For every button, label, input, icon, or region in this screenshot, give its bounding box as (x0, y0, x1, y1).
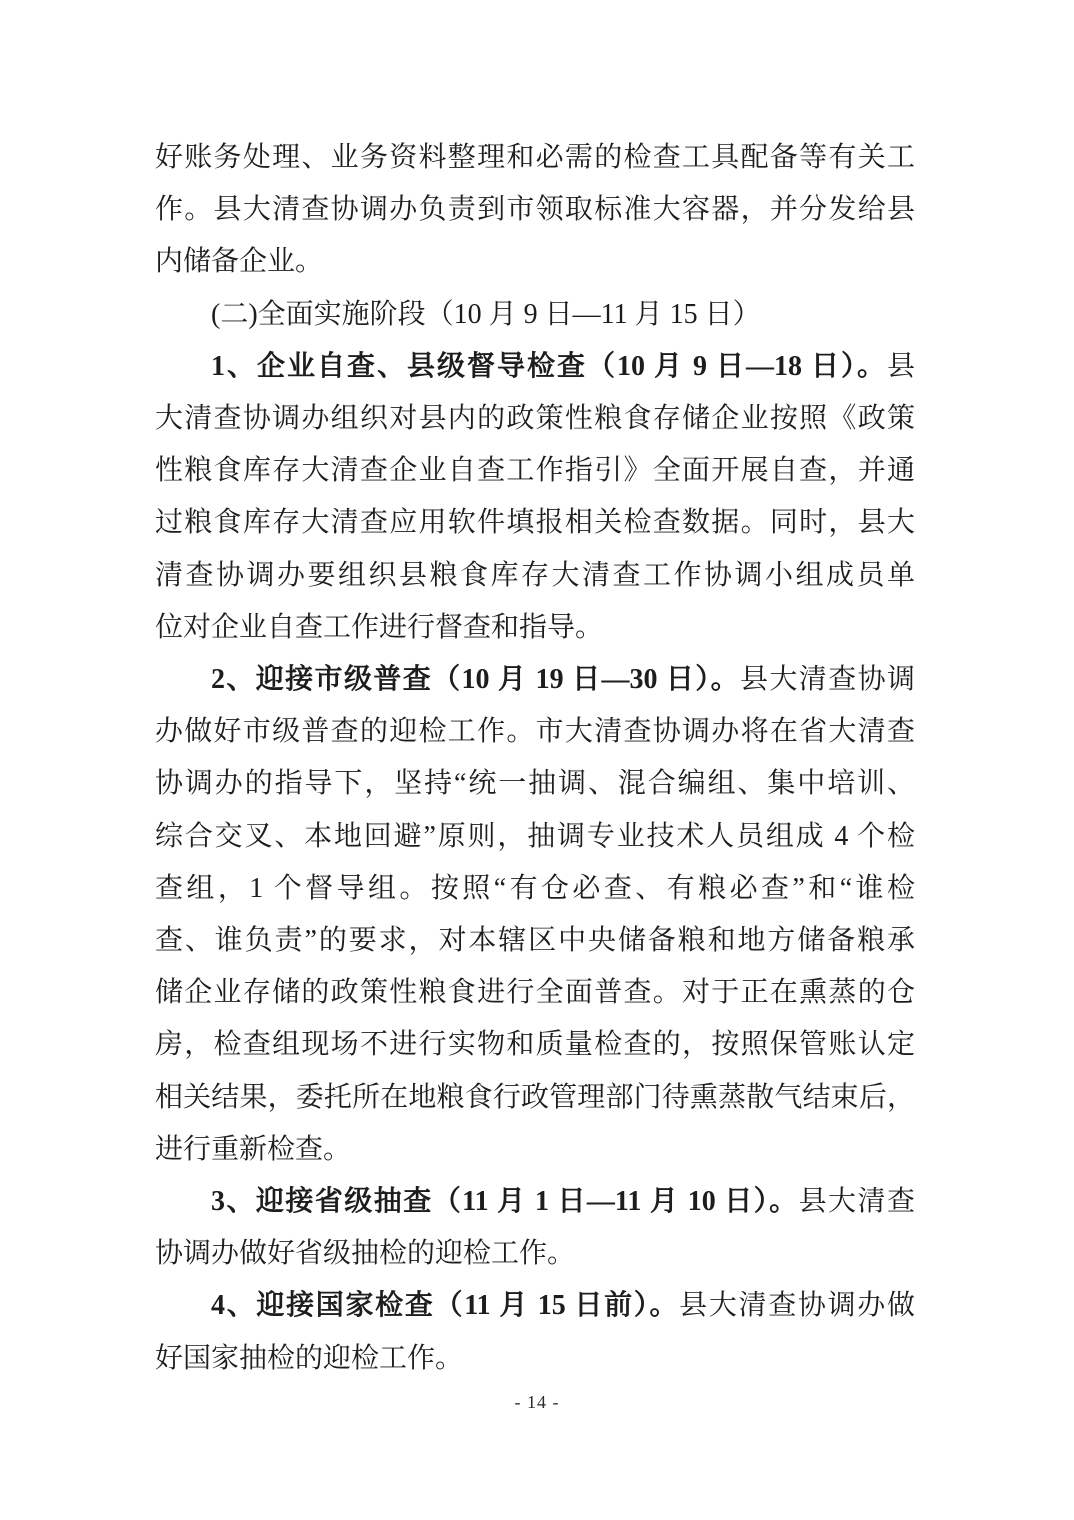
body-text: 清查协调办要组织县粮食库存大清查工作协调小组成员单 (155, 560, 915, 591)
body-text: 好国家抽检的迎检工作。 (155, 1343, 463, 1374)
text-line: 查、谁负责”的要求，对本辖区中央储备粮和地方储备粮承 (155, 915, 915, 967)
body-text: 协调办做好省级抽检的迎检工作。 (155, 1238, 575, 1269)
text-line: 综合交叉、本地回避”原则，抽调专业技术人员组成 4 个检 (155, 811, 915, 863)
text-line: 过粮食库存大清查应用软件填报相关检查数据。同时，县大 (155, 497, 915, 549)
body-text: 作。县大清查协调办负责到市领取标准大容器，并分发给县 (155, 194, 915, 225)
text-line: 房，检查组现场不进行实物和质量检查的，按照保管账认定 (155, 1019, 915, 1071)
text-line: 储企业存储的政策性粮食进行全面普查。对于正在熏蒸的仓 (155, 967, 915, 1019)
text-line: 内储备企业。 (155, 236, 915, 288)
emphasis-text: 3、迎接省级抽查（11 月 1 日—11 月 10 日）。 (211, 1186, 799, 1217)
body-text: 查、谁负责”的要求，对本辖区中央储备粮和地方储备粮承 (155, 925, 915, 956)
body-text: 县大清查 (799, 1186, 915, 1217)
text-line: (二)全面实施阶段（10 月 9 日—11 月 15 日） (155, 289, 915, 341)
body-text: 县大清查协调办做 (679, 1290, 915, 1321)
body-text: 进行重新检查。 (155, 1134, 351, 1165)
body-text: 县大清查协调 (740, 664, 915, 695)
text-line: 协调办做好省级抽检的迎检工作。 (155, 1228, 915, 1280)
body-text: 大清查协调办组织对县内的政策性粮食存储企业按照《政策 (155, 403, 915, 434)
body-text: 房，检查组现场不进行实物和质量检查的，按照保管账认定 (155, 1029, 915, 1060)
text-line: 相关结果，委托所在地粮食行政管理部门待熏蒸散气结束后， (155, 1072, 915, 1124)
text-line: 1、企业自查、县级督导检查（10 月 9 日—18 日）。县 (155, 341, 915, 393)
text-line: 进行重新检查。 (155, 1124, 915, 1176)
body-text: 县 (887, 351, 915, 382)
emphasis-text: 1、企业自查、县级督导检查（10 月 9 日—18 日）。 (211, 351, 887, 382)
body-text: 综合交叉、本地回避”原则，抽调专业技术人员组成 4 个检 (155, 821, 915, 852)
body-text: 性粮食库存大清查企业自查工作指引》全面开展自查，并通 (155, 455, 915, 486)
body-text: 储企业存储的政策性粮食进行全面普查。对于正在熏蒸的仓 (155, 977, 915, 1008)
text-line: 作。县大清查协调办负责到市领取标准大容器，并分发给县 (155, 184, 915, 236)
text-line: 3、迎接省级抽查（11 月 1 日—11 月 10 日）。县大清查 (155, 1176, 915, 1228)
text-line: 办做好市级普查的迎检工作。市大清查协调办将在省大清查 (155, 706, 915, 758)
body-text: (二)全面实施阶段（10 月 9 日—11 月 15 日） (211, 299, 761, 330)
emphasis-text: 2、迎接市级普查（10 月 19 日—30 日）。 (211, 664, 740, 695)
document-page: 好账务处理、业务资料整理和必需的检查工具配备等有关工作。县大清查协调办负责到市领… (0, 0, 1074, 1520)
body-text: 内储备企业。 (155, 246, 323, 277)
text-line: 2、迎接市级普查（10 月 19 日—30 日）。县大清查协调 (155, 654, 915, 706)
text-line: 4、迎接国家检查（11 月 15 日前）。县大清查协调办做 (155, 1280, 915, 1332)
text-line: 好账务处理、业务资料整理和必需的检查工具配备等有关工 (155, 132, 915, 184)
text-line: 清查协调办要组织县粮食库存大清查工作协调小组成员单 (155, 550, 915, 602)
text-line: 查组，1 个督导组。按照“有仓必查、有粮必查”和“谁检 (155, 863, 915, 915)
body-text: 办做好市级普查的迎检工作。市大清查协调办将在省大清查 (155, 716, 915, 747)
emphasis-text: 4、迎接国家检查（11 月 15 日前）。 (211, 1290, 679, 1321)
text-line: 位对企业自查工作进行督查和指导。 (155, 602, 915, 654)
body-text: 协调办的指导下，坚持“统一抽调、混合编组、集中培训、 (155, 768, 915, 799)
body-text: 位对企业自查工作进行督查和指导。 (155, 612, 603, 643)
text-line: 好国家抽检的迎检工作。 (155, 1333, 915, 1385)
document-body: 好账务处理、业务资料整理和必需的检查工具配备等有关工作。县大清查协调办负责到市领… (155, 132, 915, 1385)
body-text: 过粮食库存大清查应用软件填报相关检查数据。同时，县大 (155, 507, 915, 538)
text-line: 大清查协调办组织对县内的政策性粮食存储企业按照《政策 (155, 393, 915, 445)
body-text: 相关结果，委托所在地粮食行政管理部门待熏蒸散气结束后， (155, 1082, 915, 1113)
text-line: 性粮食库存大清查企业自查工作指引》全面开展自查，并通 (155, 445, 915, 497)
body-text: 好账务处理、业务资料整理和必需的检查工具配备等有关工 (155, 142, 915, 173)
page-number: - 14 - (0, 1392, 1074, 1413)
text-line: 协调办的指导下，坚持“统一抽调、混合编组、集中培训、 (155, 758, 915, 810)
body-text: 查组，1 个督导组。按照“有仓必查、有粮必查”和“谁检 (155, 873, 915, 904)
